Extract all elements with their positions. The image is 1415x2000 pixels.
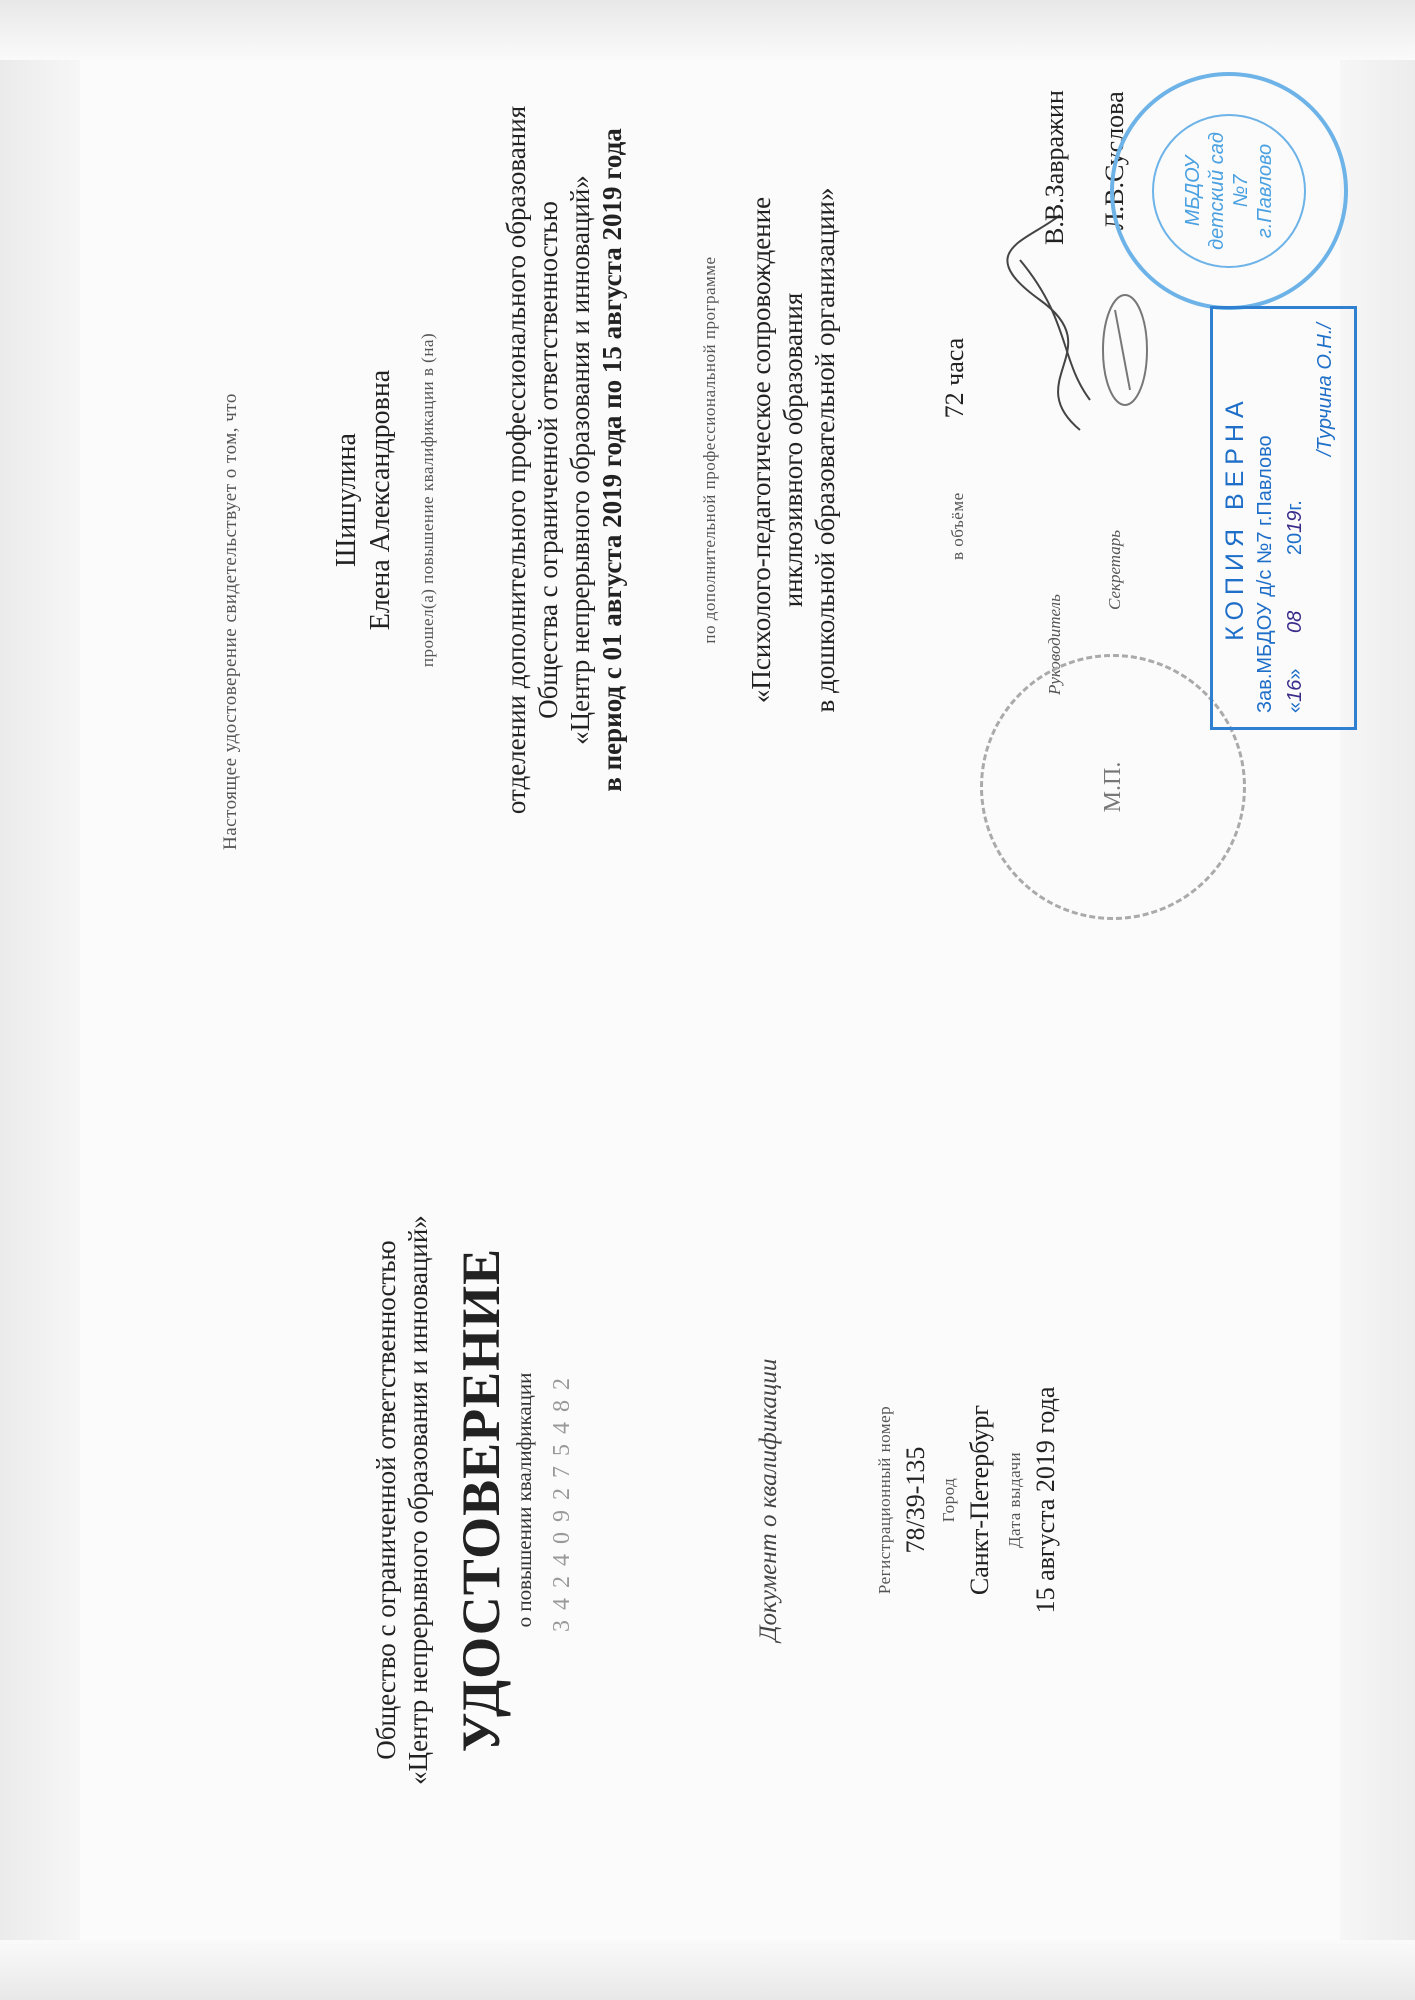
document-title: УДОСТОВЕРЕНИЕ: [450, 1100, 512, 1900]
serial-number: 342409275482: [549, 1100, 576, 1900]
issue-date-label: Дата выдачи: [1005, 1100, 1025, 1900]
city: Санкт-Петербург: [965, 1100, 995, 1900]
seal-label: М.П.: [1100, 762, 1127, 813]
volume: 72 часа: [940, 338, 969, 419]
bottom-border: [1340, 0, 1415, 2000]
institution-line2: Общества с ограниченной ответственностью: [532, 20, 564, 900]
certificate-page: Общество с ограниченной ответственностью…: [0, 0, 1415, 2000]
surname: Шишулина: [330, 200, 364, 800]
document-subtitle: о повышении квалификации: [512, 1100, 537, 1900]
program-label: по дополнительной профессиональной прогр…: [700, 50, 720, 850]
top-border: [0, 0, 80, 2000]
study-period: в период с 01 августа 2019 года по 15 ав…: [596, 20, 628, 900]
reg-number-label: Регистрационный номер: [875, 1100, 895, 1900]
institution-line3: «Центр непрерывного образования и иннова…: [564, 20, 596, 900]
seal-center-line1: МБДОУ: [1181, 156, 1205, 226]
program-line3: в дошкольной образовательной организации…: [809, 50, 841, 850]
program-line2: инклюзивного образования: [777, 50, 809, 850]
stamp-day: 16: [1284, 680, 1306, 702]
passed-text: прошел(а) повышение квалификации в (на): [418, 200, 438, 800]
institution-line1: отделении дополнительного профессиональн…: [500, 20, 532, 900]
secretary-label: Секретарь: [1105, 530, 1125, 610]
intro-text: Настоящее удостоверение свидетельствует …: [220, 150, 242, 850]
organization-line1: Общество с ограниченной ответственностью: [370, 1100, 402, 1900]
seal-center-line2: детский сад №7: [1205, 116, 1253, 266]
stamp-month: 08: [1284, 611, 1306, 633]
secretary-signature-icon: [1090, 280, 1160, 420]
stamp-title: КОПИЯ ВЕРНА: [1221, 323, 1250, 713]
stamp-year: 19: [1284, 511, 1306, 533]
program-line1: «Психолого-педагогическое сопровождение: [745, 50, 777, 850]
kindergarten-seal: МБДОУ детский сад №7 г.Павлово: [1110, 72, 1348, 310]
organization-seal: М.П.: [980, 654, 1246, 920]
stamp-position: Зав.МБДОУ д/с №7 г.Павлово: [1250, 323, 1280, 713]
stamp-date: «16» 08 2019г.: [1280, 323, 1310, 713]
given-names: Елена Александровна: [364, 200, 398, 800]
left-page: Общество с ограниченной ответственностью…: [370, 1100, 434, 1900]
reg-number: 78/39-135: [901, 1100, 931, 1900]
stamp-signer: /Турчина О.Н./: [1310, 323, 1340, 713]
organization-line2: «Центр непрерывного образования и иннова…: [402, 1100, 434, 1900]
seal-center-line3: г.Павлово: [1253, 144, 1277, 238]
right-page: Настоящее удостоверение свидетельствует …: [220, 150, 242, 850]
left-edge: [0, 1940, 1415, 2000]
doc-type: Документ о квалификации: [755, 1100, 783, 1900]
volume-label: в объёме: [948, 492, 967, 560]
copy-certified-stamp: КОПИЯ ВЕРНА Зав.МБДОУ д/с №7 г.Павлово «…: [1210, 306, 1357, 730]
issue-date: 15 августа 2019 года: [1031, 1100, 1061, 1900]
city-label: Город: [939, 1100, 959, 1900]
head-name: В.В.Завражин: [1040, 90, 1070, 245]
